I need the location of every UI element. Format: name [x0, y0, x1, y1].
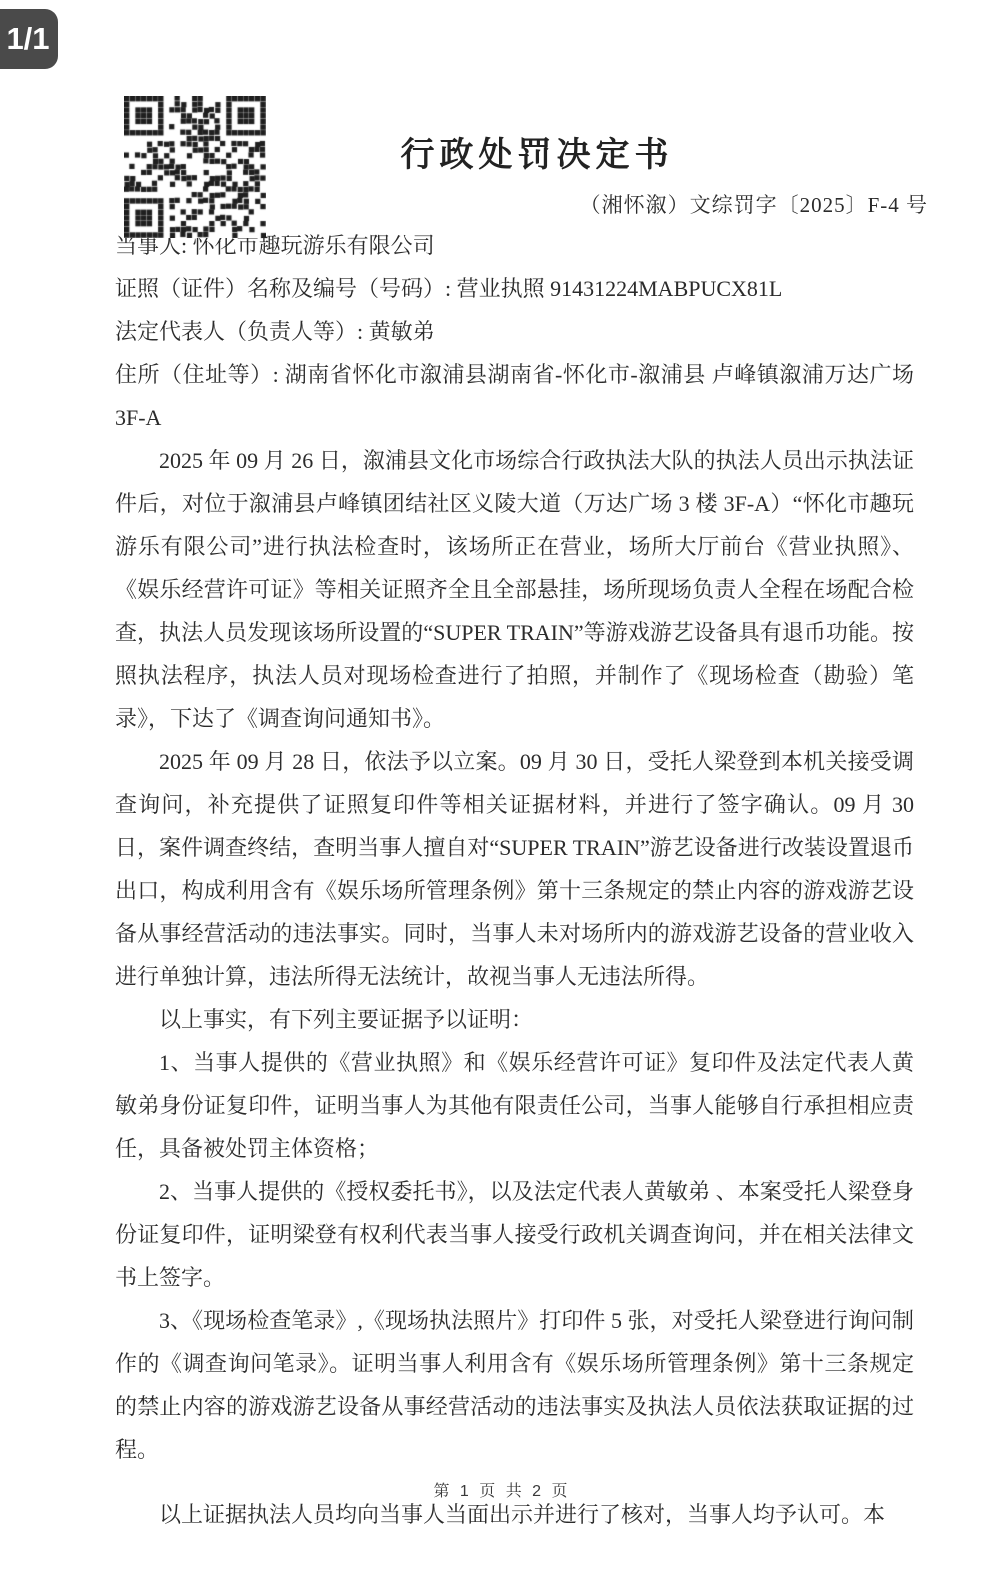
- field-address-label: 住所（住址等）:: [115, 362, 279, 387]
- paragraph-evidence-2: 2、当事人提供的《授权委托书》，以及法定代表人黄敏弟 、本案受托人梁登身份证复印…: [115, 1170, 914, 1299]
- document-body: 当事人: 怀化市趣玩游乐有限公司 证照（证件）名称及编号（号码）: 营业执照 9…: [115, 224, 914, 1536]
- field-address: 住所（住址等）: 湖南省怀化市溆浦县湖南省-怀化市-溆浦县 卢峰镇溆浦万达广场3…: [115, 353, 914, 439]
- paragraph-confirmation: 以上证据执法人员均向当事人当面出示并进行了核对，当事人均予认可。本: [115, 1493, 914, 1536]
- paragraph-evidence-intro: 以上事实，有下列主要证据予以证明：: [115, 998, 914, 1041]
- field-legal-representative-label: 法定代表人（负责人等）:: [115, 319, 363, 344]
- field-legal-representative: 法定代表人（负责人等）: 黄敏弟: [115, 310, 914, 353]
- field-legal-representative-value: 黄敏弟: [369, 319, 435, 344]
- field-license: 证照（证件）名称及编号（号码）: 营业执照 91431224MABPUCX81L: [115, 267, 914, 310]
- page-indicator-label: 1/1: [6, 21, 49, 57]
- field-license-value: 营业执照 91431224MABPUCX81L: [457, 276, 783, 301]
- field-license-label: 证照（证件）名称及编号（号码）:: [115, 276, 451, 301]
- paragraph-case-filing: 2025 年 09 月 28 日，依法予以立案。09 月 30 日，受托人梁登到…: [115, 740, 914, 998]
- paragraph-evidence-1: 1、当事人提供的《营业执照》和《娱乐经营许可证》复印件及法定代表人黄敏弟身份证复…: [115, 1041, 914, 1170]
- document-title: 行政处罚决定书: [160, 136, 914, 176]
- qr-code-icon: [124, 96, 266, 238]
- page-indicator-badge: 1/1: [0, 9, 58, 69]
- paragraph-inspection: 2025 年 09 月 26 日，溆浦县文化市场综合行政执法大队的执法人员出示执…: [115, 439, 914, 740]
- paragraph-evidence-3: 3、《现场检查笔录》,《现场执法照片》打印件 5 张，对受托人梁登进行询问制作的…: [115, 1299, 914, 1471]
